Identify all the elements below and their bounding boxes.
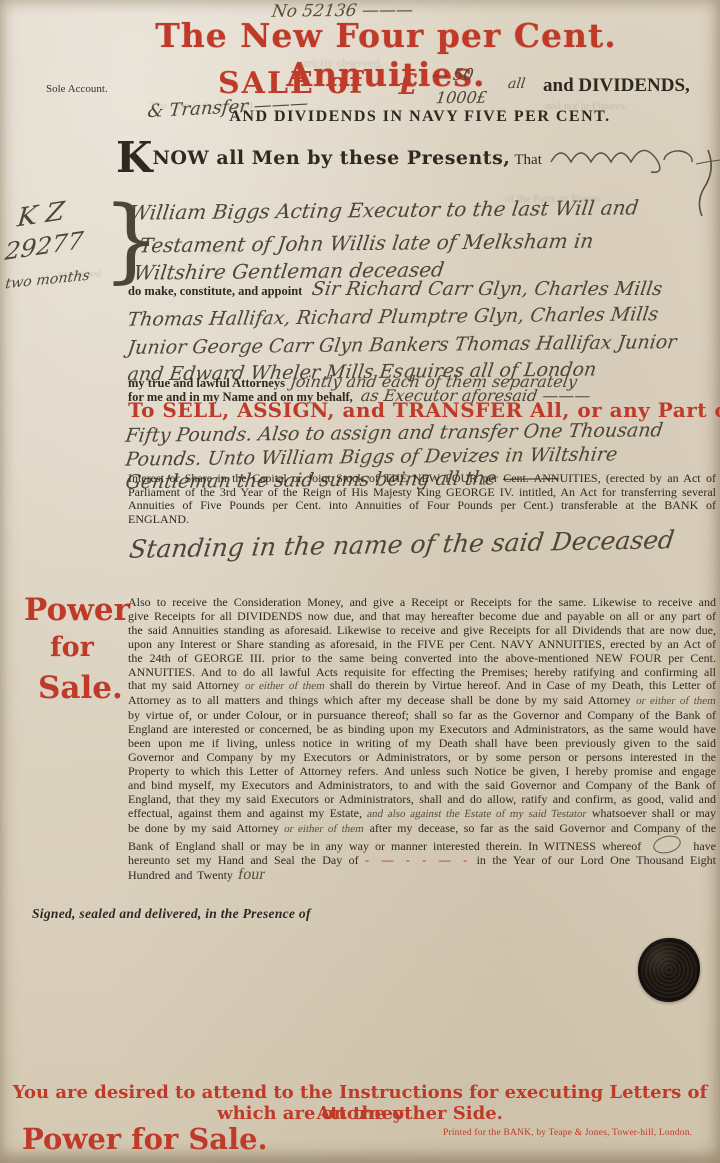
appoint-label: do make, constitute, and appoint [128,284,302,298]
grantor-line: William Biggs Acting Executor to the las… [128,195,640,224]
sale-detail-line: Fifty Pounds. Also to assign and transfe… [124,419,664,447]
know-clause: KNOW all Men by these Presents, That [116,142,720,173]
margin-ref-code: K Z [16,197,66,234]
paragraph-handwritten-insert: or either of them [283,823,365,837]
navy-dividends-line: AND DIVIDENDS IN NAVY FIVE PER CENT. [130,108,710,126]
margin-reference: K Z 29277 two months } [6,198,131,308]
and-dividends-text: and DIVIDENDS, [543,75,690,97]
date-dashes: - — - - — - [365,853,470,867]
standing-line: Standing in the name of the said Decease… [128,525,676,563]
power-label-2: for [50,632,94,663]
amount-upper: — 50 [431,65,475,84]
printer-credit: Printed for the BANK, by Teape & Jones, … [443,1128,692,1138]
document-scan: No 52136 ——— The New Four per Cent. Annu… [0,0,720,1163]
know-that: That [514,152,542,168]
wax-seal [638,938,700,1002]
appointees-line: Sir Richard Carr Glyn, Charles Mills [311,278,664,300]
know-initial: K [116,133,153,182]
paragraph-handwritten-insert: and also against the Estate of my said T… [366,808,588,822]
know-rest: NOW all Men by these Presents, [153,147,511,169]
appointees-line: Thomas Hallifax, Richard Plumptre Glyn, … [126,303,660,331]
paragraph-printed: by virtue of, or under Colour, or in pur… [128,708,716,819]
margin-ref-duration: two months [4,268,90,293]
paragraph-handwritten-insert: or either of them [635,695,717,709]
sole-account-label: Sole Account. [46,83,108,95]
appoint-row: do make, constitute, and appoint Sir Ric… [128,278,663,300]
amount-suffix: all [507,76,526,92]
footer-instruction-line2: which are on the other Side. [10,1103,710,1124]
paragraph-handwritten-insert: or either of them [243,680,325,694]
power-label-3: Sale. [38,670,123,706]
power-for-sale-footer: Power for Sale. [22,1122,268,1156]
appointees-line: Junior George Carr Glyn Bankers Thomas H… [126,331,678,359]
paragraph-handwritten-year: four [237,868,266,882]
amount-lower: 1000£ [435,88,488,108]
power-paragraph: Also to receive the Consideration Money,… [128,596,716,883]
sell-assign-transfer-line: To SELL, ASSIGN, and TRANSFER All, or an… [128,398,720,422]
grantor-line: Testament of John Willis late of Melksha… [138,229,595,258]
pound-sign: £ [398,68,417,101]
stock-paragraph: Interest or Share in the Capital or Join… [128,472,716,526]
power-label-1: Power [24,592,130,628]
signed-sealed-line: Signed, sealed and delivered, in the Pre… [32,906,311,922]
pen-flourish-right [686,148,716,218]
